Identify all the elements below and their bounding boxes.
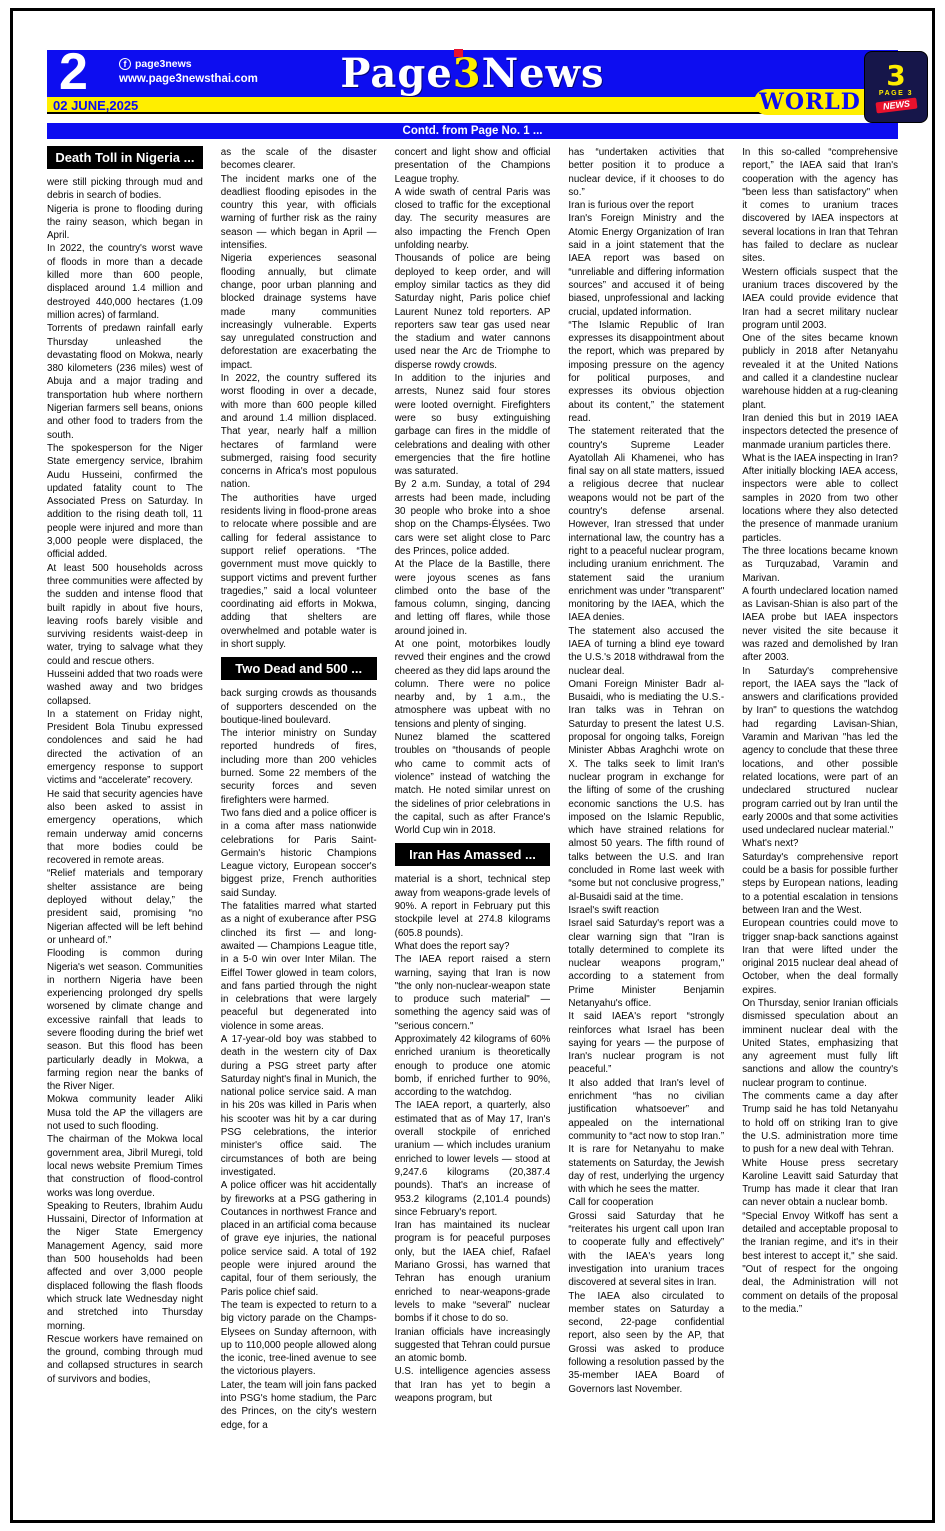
article-paragraph: The statement reiterated that the countr…	[568, 425, 724, 624]
article-paragraph: In 2022, the country's worst wave of flo…	[47, 242, 203, 322]
article-paragraph: concert and light show and official pres…	[395, 146, 551, 186]
article-paragraph: It is rare for Netanyahu to make stateme…	[568, 1143, 724, 1196]
article-paragraph: The team is expected to return to a big …	[221, 1299, 377, 1379]
page3-logo: 3 PAGE 3 NEWS	[864, 51, 928, 123]
issue-date: 02 JUNE,2025	[47, 97, 138, 114]
article-paragraph: Two fans died and a police officer is in…	[221, 807, 377, 900]
article-paragraph: Western officials suspect that the urani…	[742, 266, 898, 332]
logo-3-glyph: 3	[886, 63, 905, 89]
masthead-3-digit: 3	[453, 50, 482, 97]
news-column-3: concert and light show and official pres…	[395, 146, 551, 1512]
article-paragraph: The chairman of the Mokwa local governme…	[47, 1133, 203, 1199]
article-paragraph: Nigeria is prone to flooding during the …	[47, 203, 203, 243]
article-paragraph: In Saturday's comprehensive report, the …	[742, 665, 898, 838]
article-paragraph: The comments came a day after Trump said…	[742, 1090, 898, 1156]
article-paragraph: In 2022, the country suffered its worst …	[221, 372, 377, 492]
article-paragraph: At least 500 households across three com…	[47, 562, 203, 668]
article-paragraph: He said that security agencies have also…	[47, 788, 203, 868]
article-paragraph: Flooding is common during Nigeria's wet …	[47, 947, 203, 1093]
article-paragraph: Israel's swift reaction	[568, 904, 724, 917]
masthead-news: News	[482, 50, 605, 97]
article-paragraph: By 2 a.m. Sunday, a total of 294 arrests…	[395, 478, 551, 558]
article-paragraph: Speaking to Reuters, Ibrahim Audu Hussai…	[47, 1200, 203, 1333]
article-paragraph: European countries could move to trigger…	[742, 917, 898, 997]
masthead-page: Page	[340, 50, 452, 97]
article-paragraph: A 17-year-old boy was stabbed to death i…	[221, 1033, 377, 1179]
article-paragraph: U.S. intelligence agencies assess that I…	[395, 1365, 551, 1405]
article-paragraph: back surging crowds as thousands of supp…	[221, 687, 377, 727]
article-paragraph: The interior ministry on Sunday reported…	[221, 727, 377, 807]
masthead-3: 3	[453, 50, 482, 97]
article-paragraph: as the scale of the disaster becomes cle…	[221, 146, 377, 173]
article-paragraph: Nunez blamed the scattered troubles on “…	[395, 731, 551, 837]
article-paragraph: The incident marks one of the deadliest …	[221, 173, 377, 253]
article-paragraph: White House press secretary Karoline Lea…	[742, 1157, 898, 1210]
article-paragraph: Nigeria experiences seasonal flooding an…	[221, 252, 377, 372]
article-paragraph: At one point, motorbikes loudly revved t…	[395, 638, 551, 731]
article-paragraph: One of the sites became known publicly i…	[742, 332, 898, 412]
article-paragraph: Call for cooperation	[568, 1196, 724, 1209]
article-paragraph: “The Islamic Republic of Iran expresses …	[568, 319, 724, 425]
news-column-4: has “undertaken activities that better p…	[568, 146, 724, 1512]
article-paragraph: Saturday's comprehensive report could be…	[742, 851, 898, 917]
article-paragraph: What's next?	[742, 837, 898, 850]
article-paragraph: The IAEA report, a quarterly, also estim…	[395, 1099, 551, 1219]
article-paragraph: Later, the team will join fans packed in…	[221, 1379, 377, 1432]
article-paragraph: has “undertaken activities that better p…	[568, 146, 724, 199]
article-paragraph: Iran denied this but in 2019 IAEA inspec…	[742, 412, 898, 452]
article-paragraph: After initially blocking IAEA access, in…	[742, 465, 898, 545]
article-paragraph: What does the report say?	[395, 940, 551, 953]
section-label: WORLD	[759, 89, 861, 115]
article-paragraph: On Thursday, senior Iranian officials di…	[742, 997, 898, 1090]
contd-banner: Contd. from Page No. 1 ...	[47, 123, 898, 139]
article-paragraph: What is the IAEA inspecting in Iran?	[742, 452, 898, 465]
article-paragraph: material is a short, technical step away…	[395, 873, 551, 939]
article-paragraph: Husseini added that two roads were washe…	[47, 668, 203, 708]
article-paragraph: “Relief materials and temporary shelter …	[47, 867, 203, 947]
logo-news-tag: NEWS	[875, 98, 917, 114]
news-column-1: Death Toll in Nigeria ...were still pick…	[47, 146, 203, 1512]
article-paragraph: The IAEA report raised a stern warning, …	[395, 953, 551, 1033]
article-paragraph: In a statement on Friday night, Presiden…	[47, 708, 203, 788]
article-paragraph: Thousands of police are being deployed t…	[395, 252, 551, 372]
article-paragraph: Iran is furious over the report	[568, 199, 724, 212]
section-label-box: WORLD	[754, 89, 866, 115]
article-paragraph: At the Place de la Bastille, there were …	[395, 558, 551, 638]
news-column-5: In this so-called “comprehensive report,…	[742, 146, 898, 1512]
article-paragraph: Approximately 42 kilograms of 60% enrich…	[395, 1033, 551, 1099]
article-paragraph: “Special Envoy Witkoff has sent a detail…	[742, 1210, 898, 1316]
article-paragraph: Iran's Foreign Ministry and the Atomic E…	[568, 212, 724, 318]
masthead-red-accent	[454, 49, 463, 57]
article-paragraph: The statement also accused the IAEA of t…	[568, 625, 724, 678]
article-paragraph: Mokwa community leader Aliki Musa told t…	[47, 1093, 203, 1133]
article-paragraph: Israel said Saturday's report was a clea…	[568, 917, 724, 1010]
article-paragraph: Grossi said Saturday that he “reiterates…	[568, 1210, 724, 1290]
article-headline: Death Toll in Nigeria ...	[47, 146, 203, 169]
article-headline: Iran Has Amassed ...	[395, 843, 551, 866]
article-paragraph: A wide swath of central Paris was closed…	[395, 186, 551, 252]
article-paragraph: A police officer was hit accidentally by…	[221, 1179, 377, 1299]
logo-page3-text: PAGE 3	[879, 90, 913, 97]
article-paragraph: were still picking through mud and debri…	[47, 176, 203, 203]
article-paragraph: Iran has maintained its nuclear program …	[395, 1219, 551, 1325]
article-paragraph: Rescue workers have remained on the grou…	[47, 1333, 203, 1386]
article-paragraph: Torrents of predawn rainfall early Thurs…	[47, 322, 203, 442]
article-paragraph: It also added that Iran's level of enric…	[568, 1077, 724, 1143]
newspaper-page: 2 f page3news www.page3newsthai.com Page…	[10, 8, 935, 1523]
article-paragraph: The spokesperson for the Niger State eme…	[47, 442, 203, 562]
article-headline: Two Dead and 500 ...	[221, 657, 377, 680]
article-paragraph: A fourth undeclared location named as La…	[742, 585, 898, 665]
article-paragraph: The authorities have urged residents liv…	[221, 492, 377, 652]
article-paragraph: It said IAEA's report “strongly reinforc…	[568, 1010, 724, 1076]
article-paragraph: In addition to the injuries and arrests,…	[395, 372, 551, 478]
article-columns: Death Toll in Nigeria ...were still pick…	[47, 146, 898, 1512]
article-paragraph: The three locations became known as Turq…	[742, 545, 898, 585]
article-paragraph: The IAEA also circulated to member state…	[568, 1290, 724, 1396]
article-paragraph: The fatalities marred what started as a …	[221, 900, 377, 1033]
article-paragraph: Omani Foreign Minister Badr al-Busaidi, …	[568, 678, 724, 904]
article-paragraph: Iranian officials have increasingly sugg…	[395, 1326, 551, 1366]
news-column-2: as the scale of the disaster becomes cle…	[221, 146, 377, 1512]
article-paragraph: In this so-called “comprehensive report,…	[742, 146, 898, 266]
